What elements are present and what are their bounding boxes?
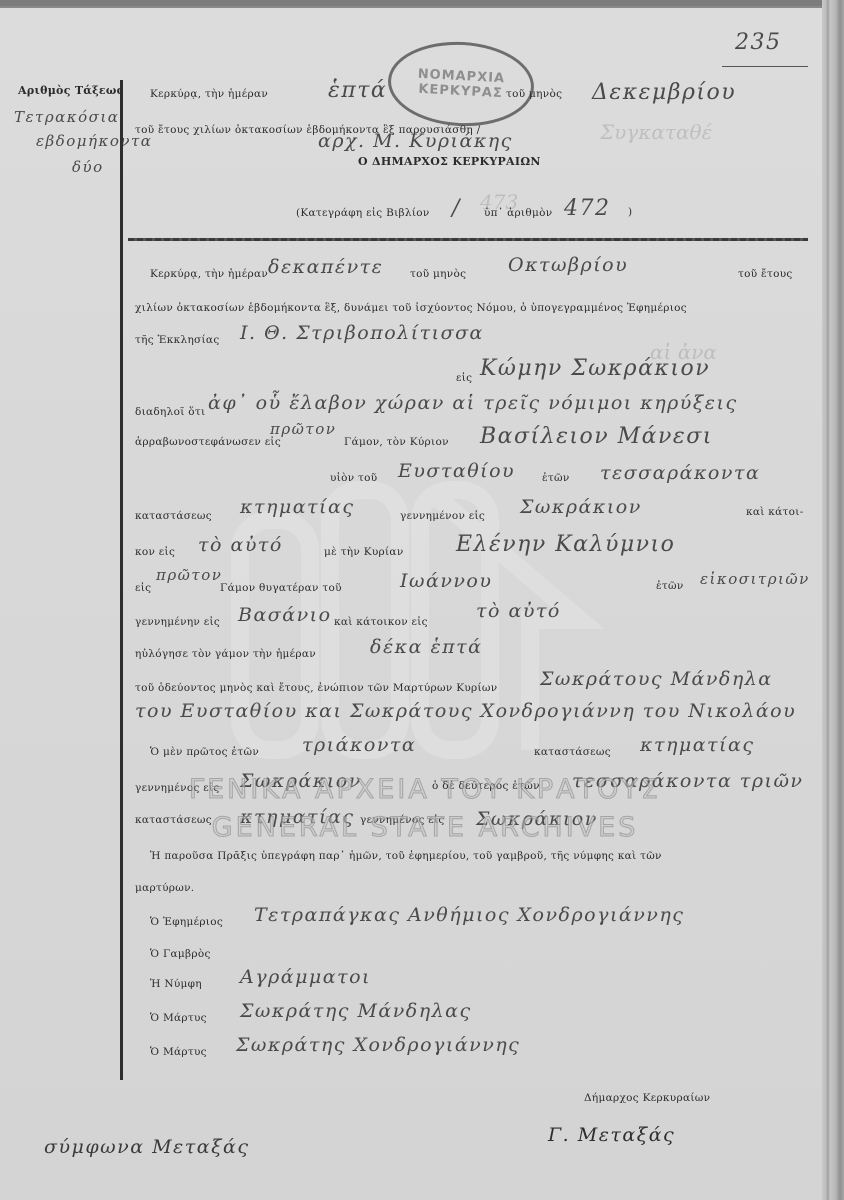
signature-label-groom: Ὁ Γαμβρὸς (150, 948, 211, 960)
margin-label: Αριθμὸς Τάξεως (18, 84, 124, 97)
body-text: τοῦ ἔτους (738, 268, 793, 280)
margin-divider (120, 80, 123, 1080)
bride-father: Ιωάννου (400, 570, 492, 592)
body-text: γεννημένον εἰς (400, 510, 485, 522)
groom-age: τεσσαράκοντα (600, 462, 760, 484)
body-text: τῆς Ἐκκλησίας (135, 334, 220, 346)
signature-bride: Αγράμματοι (240, 966, 371, 988)
footer-left-signature: σύμφωνα Μεταξάς (44, 1136, 250, 1158)
book-binding-edge (822, 0, 844, 1200)
margin-number-line1: Τετρακόσια (14, 108, 119, 126)
stamp-line2: ΚΕΡΚΥΡΑΣ (418, 82, 503, 101)
body-text: καὶ κάτοι- (746, 506, 804, 518)
ceremony-day: δέκα ἑπτά (370, 636, 483, 658)
body-text: μαρτύρων. (135, 882, 194, 894)
body-text: ἀρραβωνοστεφάνωσεν εἰς (135, 436, 281, 448)
signature-label-witness-2: Ὁ Μάρτυς (150, 1046, 207, 1058)
register-book: / (452, 196, 461, 221)
mayor-title: Ο ΔΗΜΑΡΧΟΣ ΚΕΡΚΥΡΑΙΩΝ (358, 155, 541, 168)
witness-1-status: κτηματίας (640, 734, 754, 756)
header-day: ἑπτά (328, 78, 387, 103)
bride-residence: τὸ αὐτό (476, 600, 561, 622)
body-text: ηὐλόγησε τὸν γάμον τὴν ἡμέραν (135, 648, 316, 660)
body-text: καταστάσεως (135, 510, 212, 522)
bride-birthplace: Βασάνιο (238, 604, 332, 626)
body-text: ἐτῶν (542, 472, 570, 484)
signature-witness-1: Σωκράτης Μάνδηλας (240, 1000, 472, 1022)
signature-label-witness-1: Ὁ Μάρτυς (150, 1012, 207, 1024)
marriage-record-month: Οκτωβρίου (508, 254, 628, 276)
marriage-record-day: δεκαπέντε (268, 256, 383, 278)
witness-1-name: Σωκράτους Μάνδηλα (540, 668, 773, 690)
body-text: ἐτῶν (656, 580, 684, 592)
village-name: Κώμην Σωκράκιον (480, 356, 710, 381)
register-number-label: ὑπ᾽ ἀριθμὸν (484, 207, 552, 219)
signature-priest: Τετραπάγκας Ανθήμιος Χονδρογιάννης (254, 904, 684, 926)
page-number: 235 (735, 30, 782, 55)
body-text: Γάμον θυγατέραν τοῦ (220, 582, 342, 594)
body-text: Ἡ παροῦσα Πρᾶξις ὑπεγράφη παρ᾽ ἡμῶν, τοῦ… (150, 850, 662, 862)
body-text: τοῦ μηνὸς (410, 268, 466, 280)
register-suffix: ) (628, 206, 632, 218)
register-prefix: (Κατεγράφη εἰς Βιβλίον (296, 207, 430, 219)
body-text: τοῦ ὁδεύοντος μηνὸς καὶ ἔτους, ἐνώπιον τ… (135, 682, 497, 694)
mayor-footer-signature: Γ. Μεταξάς (548, 1124, 675, 1146)
header-date-prefix: Κερκύρᾳ, τὴν ἡμέραν (150, 88, 268, 100)
witnesses-continuation: του Ευσταθίου και Σωκράτους Χονδρογιάννη… (135, 700, 796, 722)
archive-watermark-english: GENERAL STATE ARCHIVES (175, 812, 675, 843)
banns-statement: ἀφ᾽ οὗ ἔλαβον χώραν αἱ τρεῖς νόμιμοι κηρ… (208, 392, 738, 414)
archive-watermark-greek: ΓΕΝΙΚΑ ΑΡΧΕΙΑ ΤΟΥ ΚΡΑΤΟΥΣ (175, 774, 675, 805)
section-divider (128, 238, 808, 241)
margin-number-line3: δύο (72, 158, 104, 176)
bleed-through-text: Συγκαταθέ (600, 120, 712, 144)
body-text: μὲ τὴν Κυρίαν (324, 546, 404, 558)
body-text: καὶ κάτοικον εἰς (334, 616, 428, 628)
groom-status: κτηματίας (240, 496, 354, 518)
body-text: εἰς (135, 582, 151, 594)
signature-label-priest: Ὁ Ἐφημέριος (150, 916, 223, 928)
witness-1-age: τριάκοντα (302, 734, 416, 756)
signature-witness-2: Σωκράτης Χονδρογιάννης (236, 1034, 520, 1056)
groom-birthplace: Σωκράκιον (520, 496, 642, 518)
body-text: εἰς (456, 372, 472, 384)
body-text: διαδηλοῖ ὅτι (135, 406, 205, 418)
body-text: χιλίων ὀκτακοσίων ἑβδομήκοντα ἓξ, δυνάμε… (135, 302, 687, 314)
groom-residence: τὸ αὐτό (198, 534, 283, 556)
church-name: Ι. Θ. Στριβοπολίτισσα (240, 322, 484, 344)
groom-father: Ευσταθίου (398, 460, 515, 482)
marriage-ordinal: πρῶτον (270, 420, 336, 438)
body-text: Ὁ μὲν πρῶτος ἐτῶν (150, 746, 259, 758)
header-month: Δεκεμβρίου (592, 80, 736, 105)
body-text: καταστάσεως (534, 746, 611, 758)
body-text: Γάμον, τὸν Κύριον (344, 436, 449, 448)
header-month-label: τοῦ μηνὸς (506, 88, 562, 100)
groom-name: Βασίλειον Μάνεσι (480, 424, 713, 449)
body-text: υἱὸν τοῦ (330, 472, 377, 484)
register-number: 472 (564, 196, 611, 221)
mayor-footer-title: Δήμαρχος Κερκυραίων (584, 1092, 710, 1104)
body-text: γεννημένην εἰς (135, 616, 220, 628)
page-number-underline (722, 66, 808, 67)
mayor-signature-header: αρχ. Μ. Κυριάκης (318, 130, 513, 152)
body-text: κον εἰς (135, 546, 175, 558)
signature-label-bride: Ἡ Νύμφη (150, 978, 202, 990)
bride-marriage-ordinal: πρῶτον (156, 566, 222, 584)
bride-age: εἰκοσιτριῶν (700, 570, 810, 588)
body-text: Κερκύρᾳ, τὴν ἡμέραν (150, 268, 268, 280)
bride-name: Ελένην Καλύμνιο (456, 532, 675, 557)
